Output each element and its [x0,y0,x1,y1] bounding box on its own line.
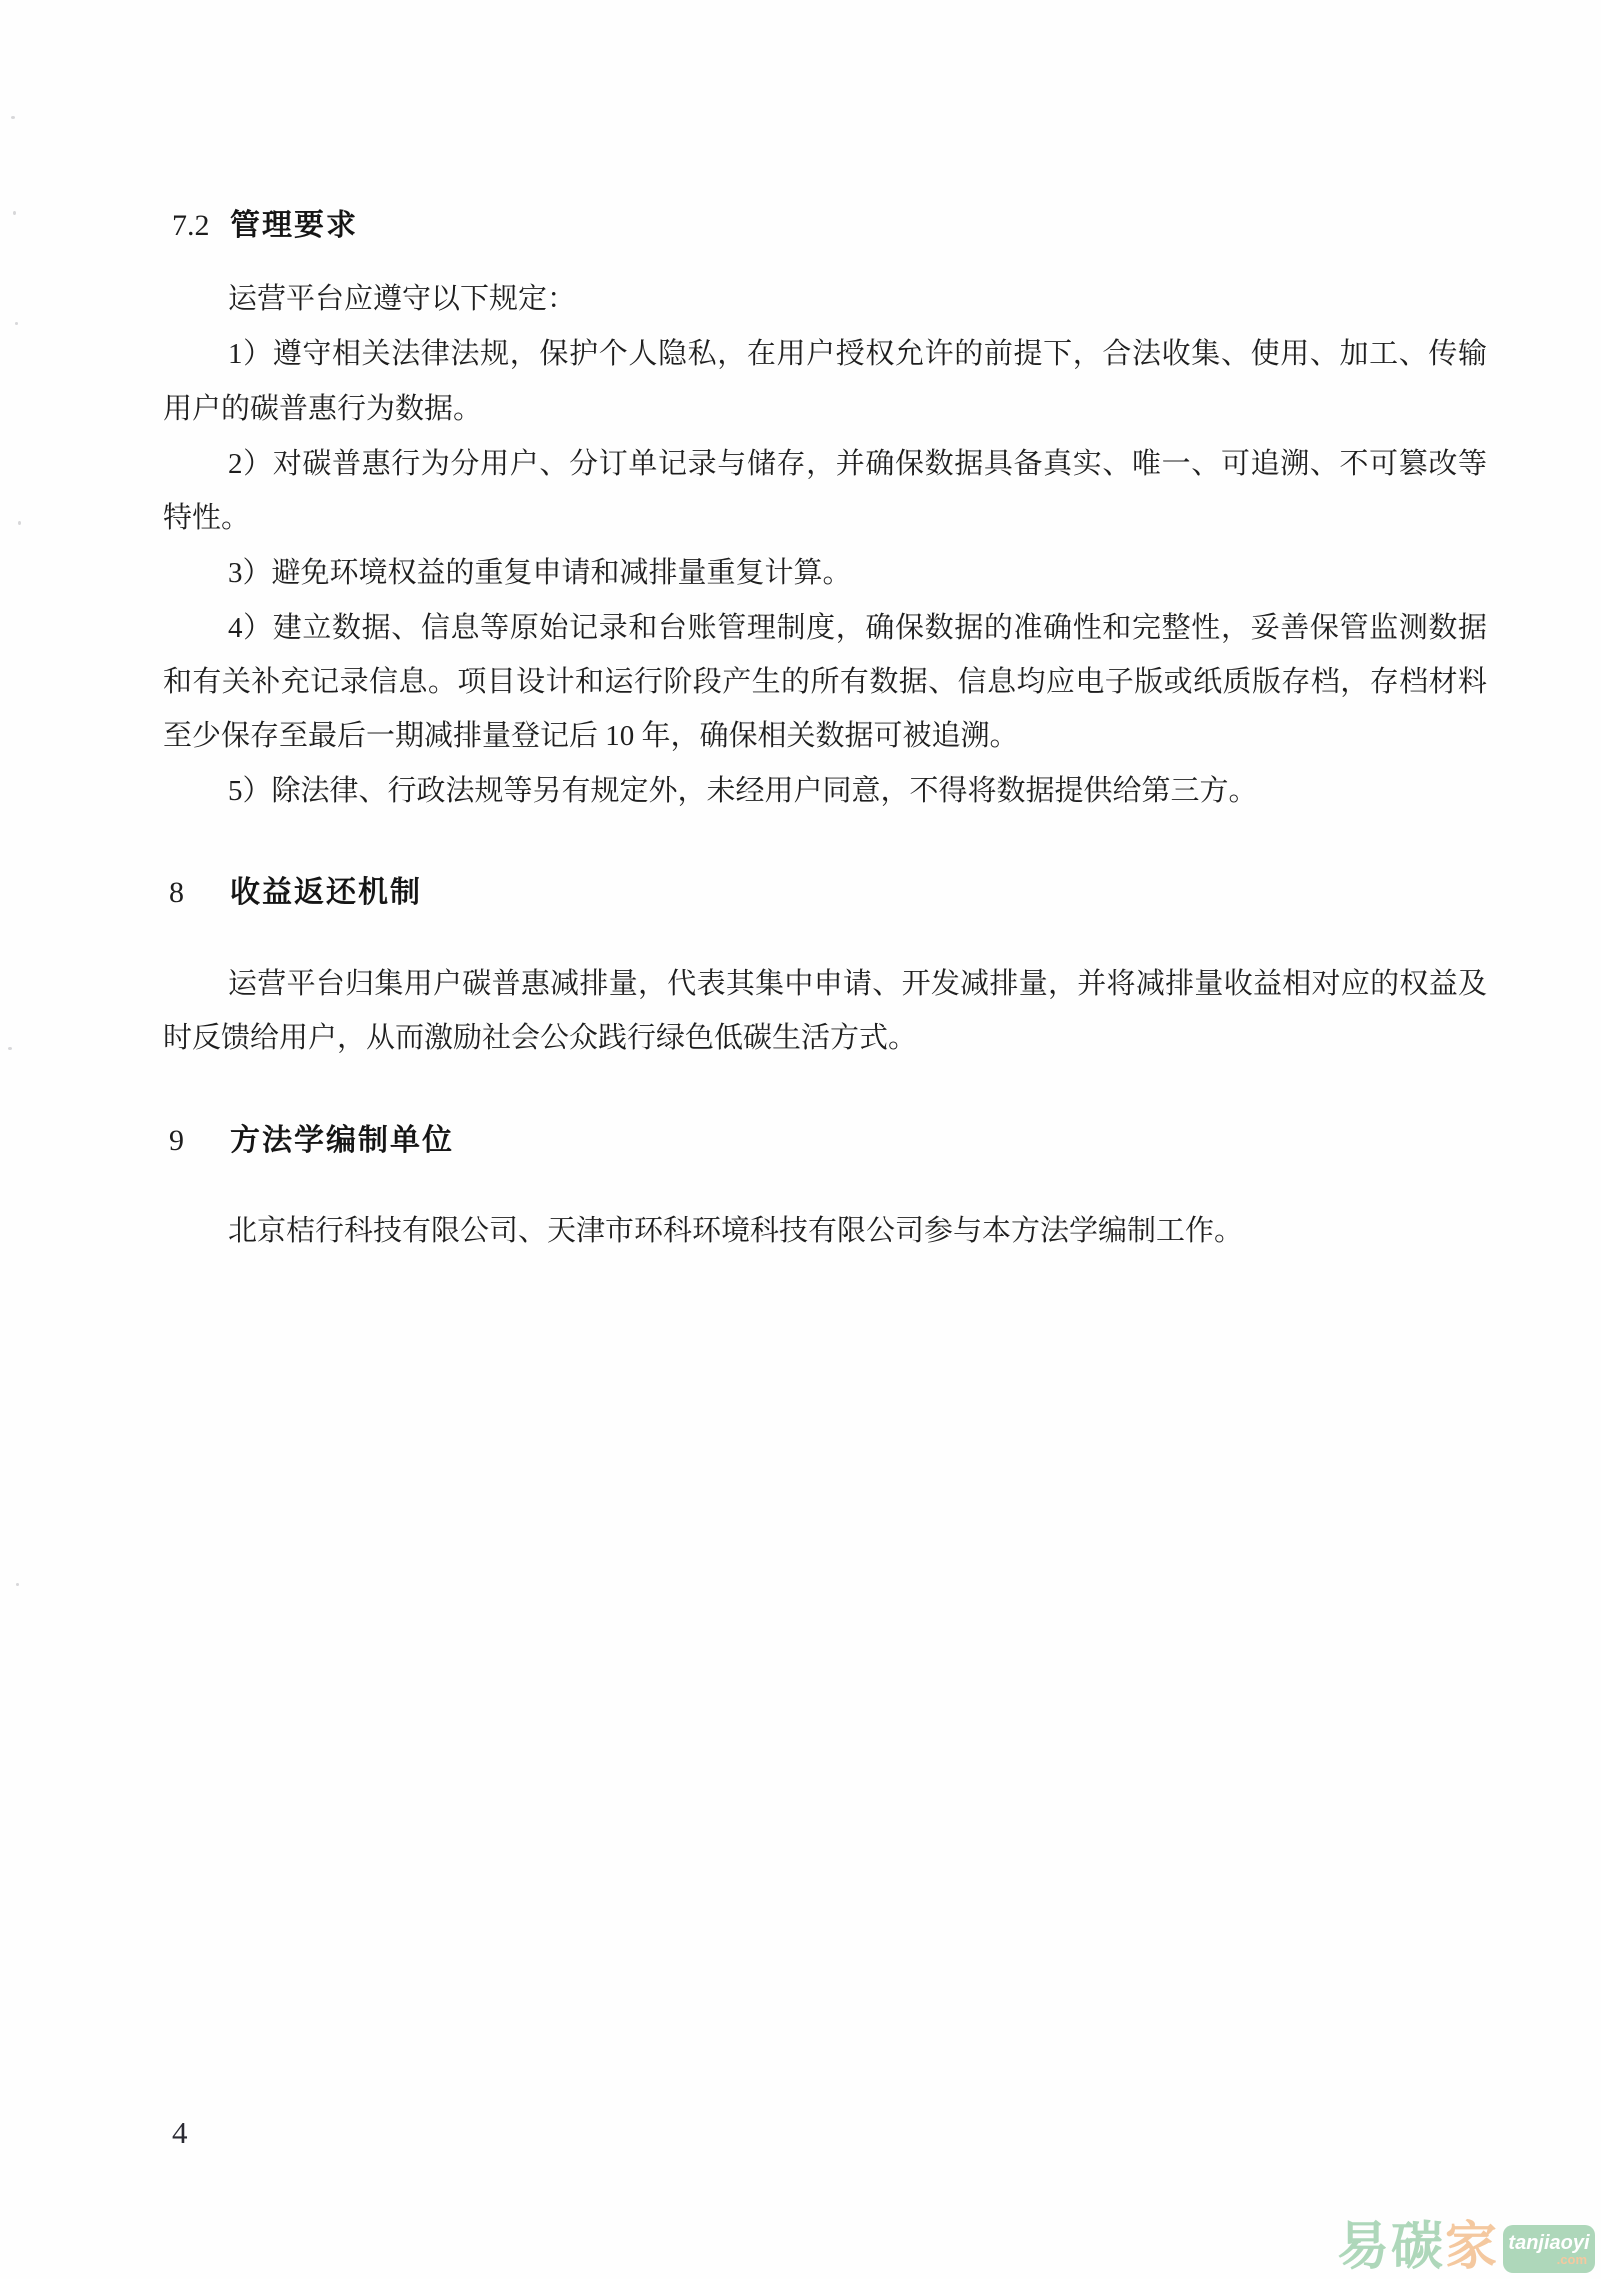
section-number: 9 [169,1120,230,1162]
tanjiaoyi-watermark-logo: 易 碳 家 tanjiaoyi .com [1337,2219,1595,2275]
paragraph-line: 特性。 [163,497,1487,539]
paragraph-line: 1）遵守相关法律法规，保护个人隐私，在用户授权允许的前提下，合法收集、使用、加工… [163,333,1487,375]
watermark-badge-domain: tanjiaoyi [1508,2233,1589,2253]
paragraph-line: 和有关补充记录信息。项目设计和运行阶段产生的所有数据、信息均应电子版或纸质版存档… [163,661,1487,703]
watermark-char-jia: 家 [1445,2219,1497,2275]
scan-speck [13,211,16,215]
paragraph-line: 北京桔行科技有限公司、天津市环科环境科技有限公司参与本方法学编制工作。 [163,1210,1487,1252]
section-title: 收益返还机制 [230,872,422,914]
section-number: 8 [169,872,230,914]
page-number: 4 [172,2112,188,2154]
section-heading-7-2: 7.2 管理要求 [172,205,358,247]
section-number: 7.2 [172,205,230,247]
paragraph-line: 用户的碳普惠行为数据。 [163,388,1487,430]
paragraph-line: 至少保存至最后一期减排量登记后 10 年，确保相关数据可被追溯。 [163,715,1487,757]
scan-speck [15,322,18,325]
paragraph-line: 运营平台归集用户碳普惠减排量，代表其集中申请、开发减排量，并将减排量收益相对应的… [163,963,1487,1005]
paragraph-line: 运营平台应遵守以下规定： [163,278,1487,320]
watermark-badge-tld: .com [1557,2253,1587,2266]
watermark-char-tan: 碳 [1391,2219,1443,2275]
paragraph-line: 时反馈给用户，从而激励社会公众践行绿色低碳生活方式。 [163,1017,1487,1059]
section-heading-8: 8 收益返还机制 [169,872,422,914]
paragraph-line: 2）对碳普惠行为分用户、分订单记录与储存，并确保数据具备真实、唯一、可追溯、不可… [163,443,1487,485]
scan-speck [16,1583,19,1586]
section-title: 管理要求 [230,205,358,247]
scan-speck [18,521,21,525]
section-title: 方法学编制单位 [230,1120,454,1162]
paragraph-line: 5）除法律、行政法规等另有规定外，未经用户同意，不得将数据提供给第三方。 [163,770,1487,812]
paragraph-line: 3）避免环境权益的重复申请和减排量重复计算。 [163,552,1487,594]
section-heading-9: 9 方法学编制单位 [169,1120,454,1162]
watermark-badge: tanjiaoyi .com [1503,2225,1595,2273]
scan-speck [11,116,15,119]
paragraph-line: 4）建立数据、信息等原始记录和台账管理制度，确保数据的准确性和完整性，妥善保管监… [163,607,1487,649]
scan-speck [8,1047,12,1050]
document-page: 7.2 管理要求 运营平台应遵守以下规定： 1）遵守相关法律法规，保护个人隐私，… [0,0,1601,2279]
watermark-char-yi: 易 [1337,2219,1389,2275]
